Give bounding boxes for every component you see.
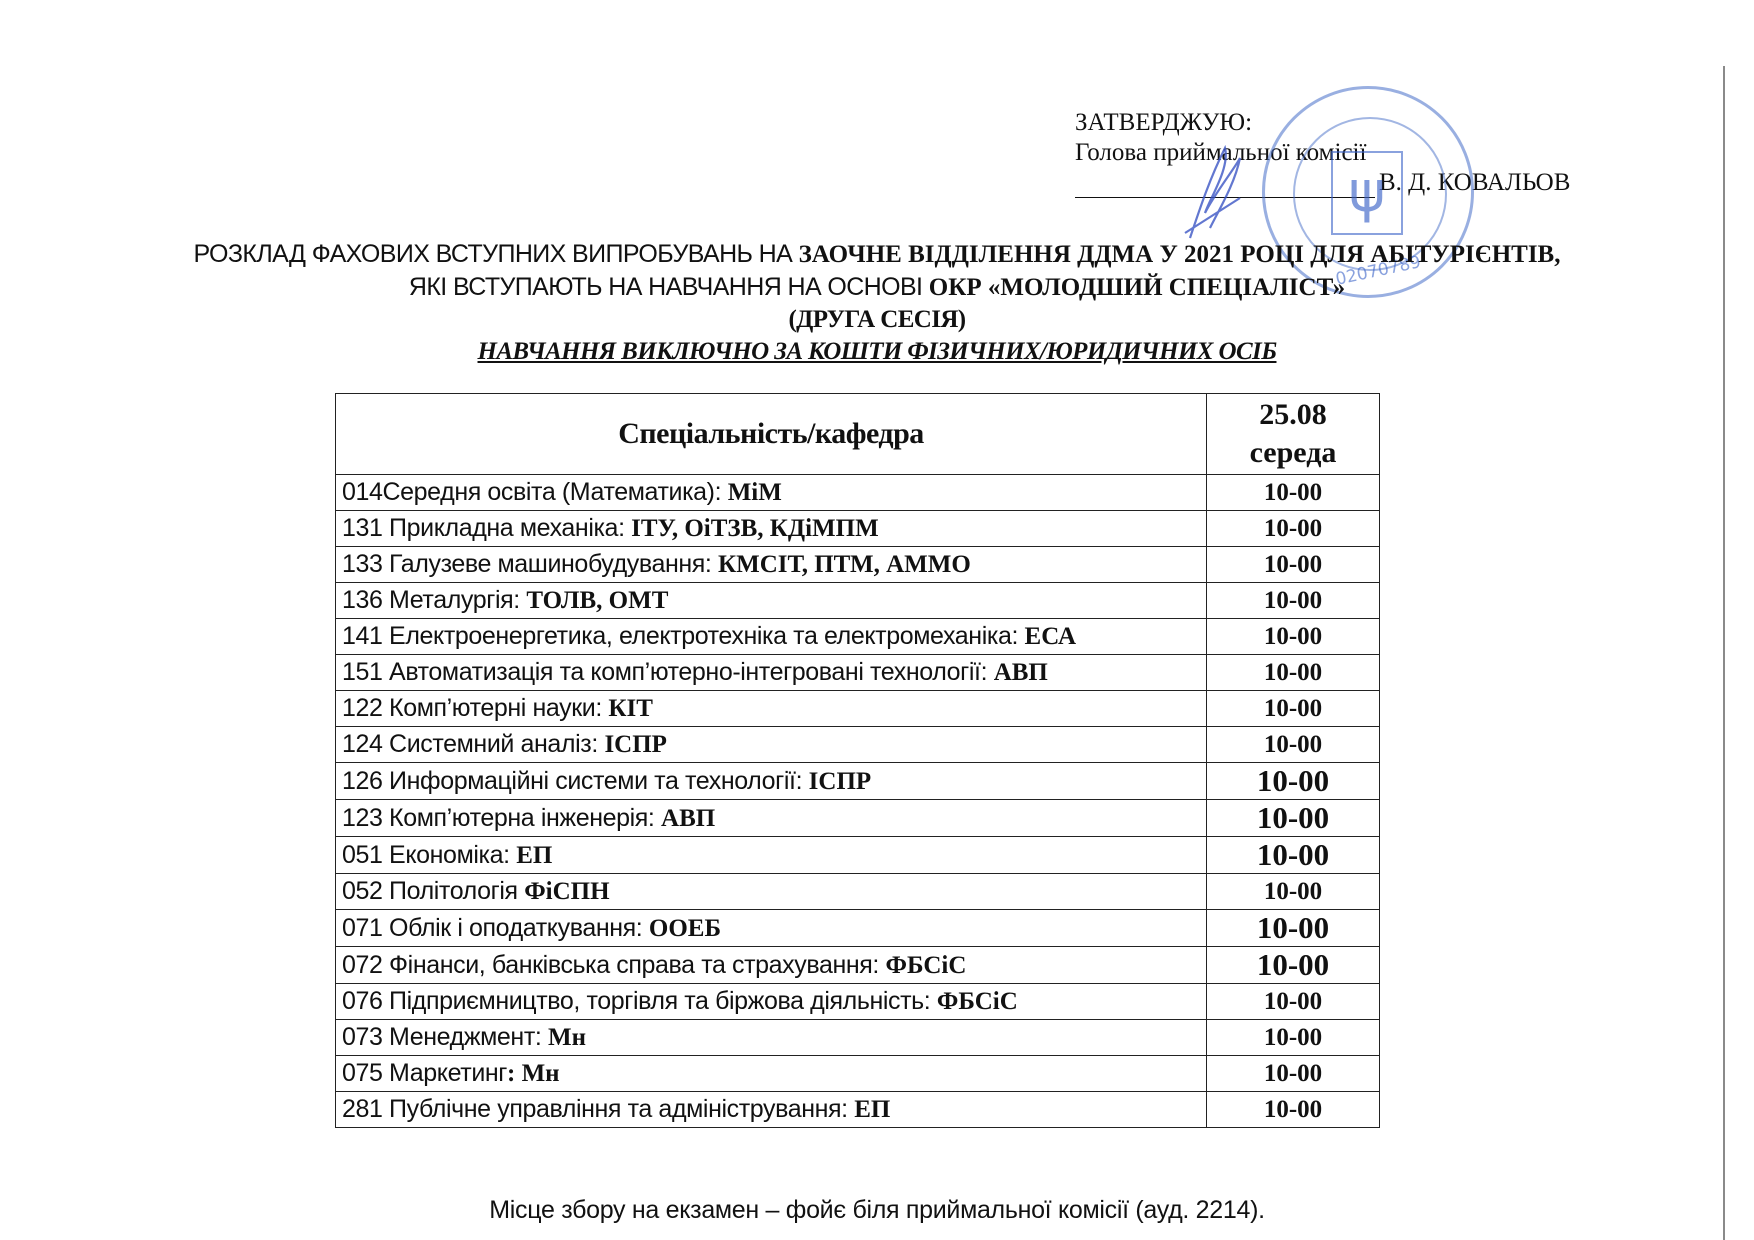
exam-time-cell: 10-00: [1207, 547, 1380, 583]
department-code: ІСПР: [809, 768, 872, 795]
specialty-cell: 131 Прикладна механіка: ІТУ, ОіТЗВ, КДіМ…: [336, 511, 1207, 547]
specialty-cell: 073 Менеджмент: Мн: [336, 1020, 1207, 1056]
exam-time-cell: 10-00: [1207, 910, 1380, 947]
department-code: ФБСіС: [886, 952, 967, 979]
specialty-name: 073 Менеджмент:: [342, 1023, 548, 1051]
exam-time-cell: 10-00: [1207, 511, 1380, 547]
specialty-cell: 136 Металургія: ТОЛВ, ОМТ: [336, 583, 1207, 619]
department-code: ЕП: [516, 842, 552, 869]
specialty-name: 122 Комп’ютерні науки:: [342, 694, 608, 722]
exam-time-cell: 10-00: [1207, 1056, 1380, 1092]
specialty-cell: 133 Галузеве машинобудування: КМСІТ, ПТМ…: [336, 547, 1207, 583]
department-code: ЕСА: [1025, 623, 1077, 650]
specialty-name: 124 Системний аналіз:: [342, 730, 604, 758]
department-code: ФіСПН: [524, 878, 609, 905]
table-row: 071 Облік і оподаткування: ООЕБ10-00: [336, 910, 1380, 947]
department-code: ЕП: [854, 1096, 890, 1123]
table-row: 073 Менеджмент: Мн10-00: [336, 1020, 1380, 1056]
table-row: 136 Металургія: ТОЛВ, ОМТ10-00: [336, 583, 1380, 619]
department-code: ІТУ, ОіТЗВ, КДіМПМ: [631, 515, 879, 542]
header-specialty: Спеціальність/кафедра: [336, 394, 1207, 475]
table-row: 072 Фінанси, банківська справа та страху…: [336, 947, 1380, 984]
table-row: 076 Підприємництво, торгівля та біржова …: [336, 984, 1380, 1020]
specialty-cell: 052 Політологія ФіСПН: [336, 874, 1207, 910]
department-code: ФБСіС: [937, 988, 1018, 1015]
specialty-name: 136 Металургія:: [342, 586, 526, 614]
title-funding-note: НАВЧАННЯ ВИКЛЮЧНО ЗА КОШТИ ФІЗИЧНИХ/ЮРИД…: [0, 336, 1754, 368]
title-line-1: РОЗКЛАД ФАХОВИХ ВСТУПНИХ ВИПРОБУВАНЬ НА …: [0, 238, 1754, 271]
table-row: 122 Комп’ютерні науки: КІТ10-00: [336, 691, 1380, 727]
signature-icon: [1180, 138, 1250, 248]
specialty-name: 076 Підприємництво, торгівля та біржова …: [342, 987, 937, 1015]
specialty-name: 075 Маркетинг: [342, 1059, 507, 1087]
schedule-table: Спеціальність/кафедра 25.08 середа 014Се…: [335, 393, 1380, 1128]
exam-time-cell: 10-00: [1207, 475, 1380, 511]
department-code: : Мн: [507, 1060, 560, 1087]
department-code: Мн: [548, 1024, 586, 1051]
exam-time-cell: 10-00: [1207, 1092, 1380, 1128]
specialty-name: 133 Галузеве машинобудування:: [342, 550, 718, 578]
table-body: 014Середня освіта (Математика): МіМ10-00…: [336, 475, 1380, 1128]
department-code: КІТ: [608, 695, 653, 722]
specialty-name: 131 Прикладна механіка:: [342, 514, 631, 542]
specialty-name: 151 Автоматизація та комп’ютерно-інтегро…: [342, 658, 994, 686]
table-row: 151 Автоматизація та комп’ютерно-інтегро…: [336, 655, 1380, 691]
department-code: МіМ: [728, 479, 782, 506]
specialty-name: 014Середня освіта (Математика):: [342, 478, 728, 506]
specialty-cell: 051 Економіка: ЕП: [336, 837, 1207, 874]
specialty-cell: 126 Информаційні системи та технології: …: [336, 763, 1207, 800]
specialty-cell: 141 Електроенергетика, електротехніка та…: [336, 619, 1207, 655]
exam-time-cell: 10-00: [1207, 984, 1380, 1020]
exam-time-cell: 10-00: [1207, 837, 1380, 874]
specialty-name: 052 Політологія: [342, 877, 524, 905]
exam-time-cell: 10-00: [1207, 619, 1380, 655]
table-row: 052 Політологія ФіСПН10-00: [336, 874, 1380, 910]
trident-emblem-icon: ψ: [1331, 151, 1403, 235]
specialty-cell: 014Середня освіта (Математика): МіМ: [336, 475, 1207, 511]
specialty-name: 072 Фінанси, банківська справа та страху…: [342, 951, 886, 979]
table-row: 075 Маркетинг: Мн10-00: [336, 1056, 1380, 1092]
exam-time-cell: 10-00: [1207, 1020, 1380, 1056]
exam-time-cell: 10-00: [1207, 763, 1380, 800]
department-code: АВП: [994, 659, 1048, 686]
specialty-name: 123 Комп’ютерна інженерія:: [342, 804, 661, 832]
exam-time-cell: 10-00: [1207, 874, 1380, 910]
department-code: КМСІТ, ПТМ, АММО: [718, 551, 971, 578]
meeting-place-note: Місце збору на екзамен – фойє біля прийм…: [0, 1196, 1754, 1225]
department-code: АВП: [661, 805, 715, 832]
specialty-name: 051 Економіка:: [342, 841, 516, 869]
specialty-name: 071 Облік і оподаткування:: [342, 914, 649, 942]
exam-time-cell: 10-00: [1207, 583, 1380, 619]
specialty-cell: 075 Маркетинг: Мн: [336, 1056, 1207, 1092]
exam-time-cell: 10-00: [1207, 655, 1380, 691]
table-row: 014Середня освіта (Математика): МіМ10-00: [336, 475, 1380, 511]
specialty-cell: 122 Комп’ютерні науки: КІТ: [336, 691, 1207, 727]
table-row: 281 Публічне управління та адмініструван…: [336, 1092, 1380, 1128]
specialty-name: 281 Публічне управління та адмініструван…: [342, 1095, 854, 1123]
specialty-cell: 123 Комп’ютерна інженерія: АВП: [336, 800, 1207, 837]
specialty-cell: 124 Системний аналіз: ІСПР: [336, 727, 1207, 763]
department-code: ІСПР: [604, 731, 667, 758]
table-row: 141 Електроенергетика, електротехніка та…: [336, 619, 1380, 655]
table-row: 133 Галузеве машинобудування: КМСІТ, ПТМ…: [336, 547, 1380, 583]
specialty-cell: 281 Публічне управління та адмініструван…: [336, 1092, 1207, 1128]
table-row: 124 Системний аналіз: ІСПР10-00: [336, 727, 1380, 763]
document-title: РОЗКЛАД ФАХОВИХ ВСТУПНИХ ВИПРОБУВАНЬ НА …: [0, 238, 1754, 368]
department-code: ООЕБ: [649, 915, 721, 942]
department-code: ТОЛВ, ОМТ: [526, 587, 668, 614]
exam-time-cell: 10-00: [1207, 691, 1380, 727]
table-row: 131 Прикладна механіка: ІТУ, ОіТЗВ, КДіМ…: [336, 511, 1380, 547]
exam-time-cell: 10-00: [1207, 727, 1380, 763]
title-session: (ДРУГА СЕСІЯ): [0, 304, 1754, 336]
specialty-cell: 072 Фінанси, банківська справа та страху…: [336, 947, 1207, 984]
specialty-name: 126 Информаційні системи та технології:: [342, 767, 809, 795]
specialty-cell: 076 Підприємництво, торгівля та біржова …: [336, 984, 1207, 1020]
table-row: 123 Комп’ютерна інженерія: АВП10-00: [336, 800, 1380, 837]
exam-time-cell: 10-00: [1207, 800, 1380, 837]
table-row: 126 Информаційні системи та технології: …: [336, 763, 1380, 800]
specialty-cell: 071 Облік і оподаткування: ООЕБ: [336, 910, 1207, 947]
exam-time-cell: 10-00: [1207, 947, 1380, 984]
table-header-row: Спеціальність/кафедра 25.08 середа: [336, 394, 1380, 475]
table-row: 051 Економіка: ЕП10-00: [336, 837, 1380, 874]
header-date: 25.08 середа: [1207, 394, 1380, 475]
title-line-2: ЯКІ ВСТУПАЮТЬ НА НАВЧАННЯ НА ОСНОВІ ОКР …: [0, 271, 1754, 304]
specialty-name: 141 Електроенергетика, електротехніка та…: [342, 622, 1025, 650]
specialty-cell: 151 Автоматизація та комп’ютерно-інтегро…: [336, 655, 1207, 691]
